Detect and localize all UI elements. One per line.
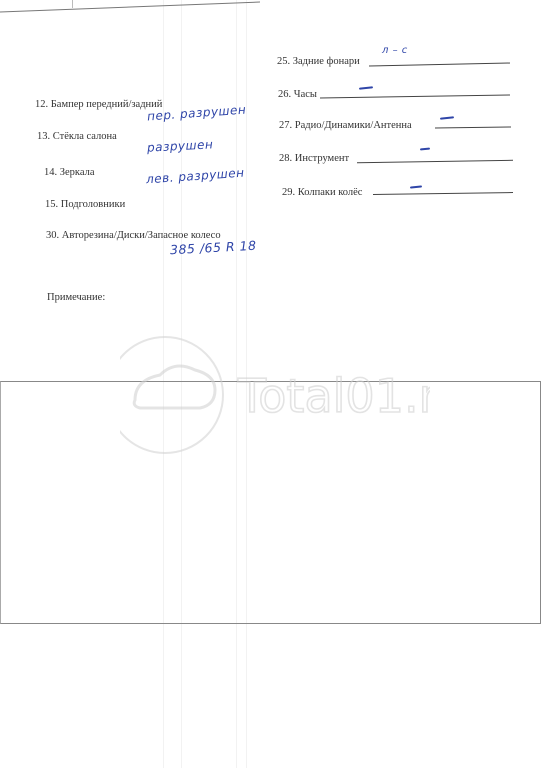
field-value-radio-dash <box>440 116 454 119</box>
field-value-clock-dash <box>359 86 373 89</box>
note-label: Примечание: <box>47 292 105 303</box>
field-value-tires-wheels: 385 /65 R 18 <box>170 238 257 258</box>
field-line-hubcaps <box>373 192 513 195</box>
field-label-clock: 26. Часы <box>278 89 317 101</box>
field-label-hubcaps: 29. Колпаки колёс <box>282 187 362 199</box>
field-value-hubcaps-dash <box>410 185 422 188</box>
field-label-rear-lights: 25. Задние фонари <box>277 56 360 68</box>
field-value-tools-dash <box>420 147 430 150</box>
field-value-mirrors: лев. разрушен <box>146 166 245 187</box>
field-value-rear-lights: л – с <box>382 45 408 56</box>
field-line-clock <box>320 95 510 99</box>
note-box <box>0 381 541 624</box>
field-label-bumper: 12. Бампер передний/задний <box>35 99 162 111</box>
field-line-rear-lights <box>369 63 510 67</box>
field-line-radio <box>435 126 511 128</box>
previous-section-border <box>0 0 270 14</box>
field-label-tools: 28. Инструмент <box>279 153 349 165</box>
field-label-cabin-glass: 13. Стёкла салона <box>37 131 117 143</box>
field-label-radio: 27. Радио/Динамики/Антенна <box>279 120 412 132</box>
field-label-headrests: 15. Подголовники <box>45 199 125 211</box>
field-label-mirrors: 14. Зеркала <box>44 167 95 179</box>
field-value-cabin-glass: разрушен <box>147 137 214 154</box>
field-line-tools <box>357 160 513 163</box>
